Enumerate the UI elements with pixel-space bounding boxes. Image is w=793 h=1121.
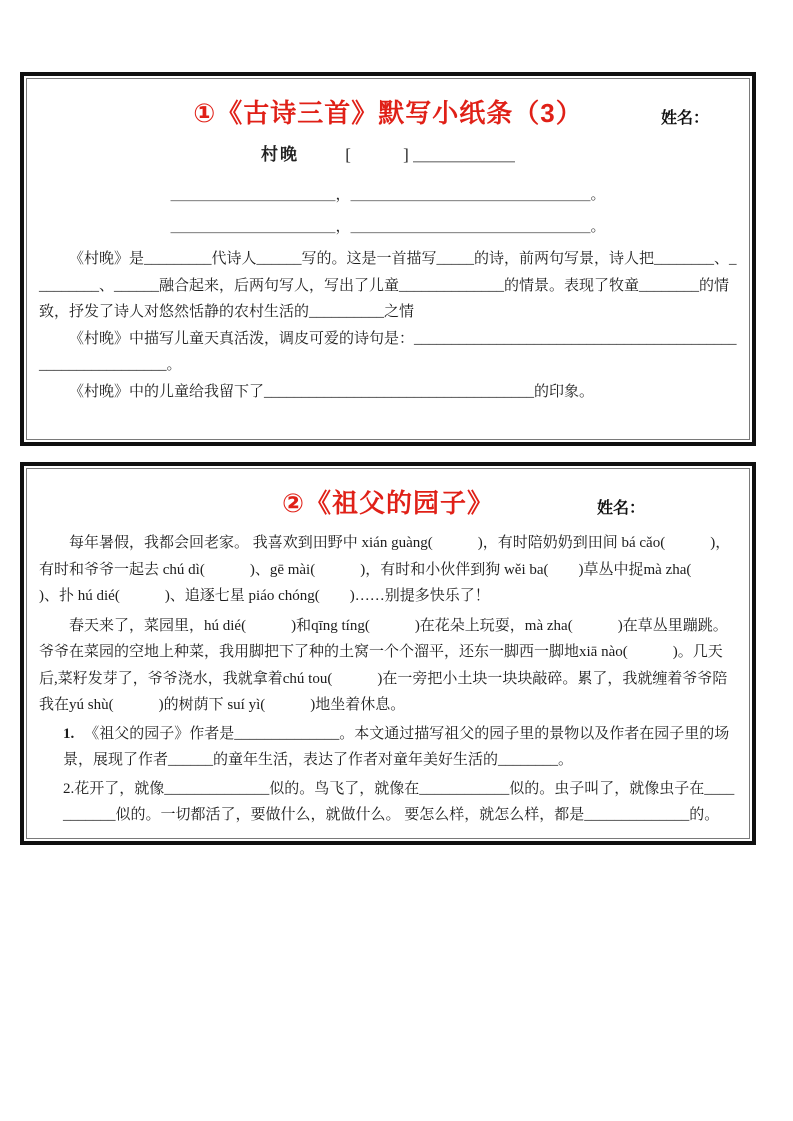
section1-title: ①《古诗三首》默写小纸条（3） bbox=[193, 93, 582, 130]
question-2-text: 花开了，就像______________似的。鸟飞了，就像在__________… bbox=[63, 781, 734, 824]
section-gushi-inner: ①《古诗三首》默写小纸条（3） 姓名： 村晚 [ ] ＿＿＿＿＿＿ ＿＿＿＿＿＿… bbox=[26, 78, 750, 440]
poem-blank-line-1: ＿＿＿＿＿＿＿＿＿＿＿，＿＿＿＿＿＿＿＿＿＿＿＿＿＿＿＿。 bbox=[39, 179, 737, 211]
section1-paragraph-intro: 《村晚》是_________代诗人______写的。这是一首描写_____的诗，… bbox=[39, 246, 737, 326]
section2-name-label: 姓名： bbox=[597, 495, 645, 518]
poem-dynasty-bracket-open: [ bbox=[345, 145, 351, 164]
section-zufu-inner: ②《祖父的园子》 姓名： 每年暑假，我都会回老家。 我喜欢到田野中 xián g… bbox=[26, 468, 750, 839]
section1-name-label: 姓名： bbox=[661, 105, 709, 128]
section-zufu-box: ②《祖父的园子》 姓名： 每年暑假，我都会回老家。 我喜欢到田野中 xián g… bbox=[20, 462, 756, 845]
poem-dynasty-bracket-close: ] bbox=[403, 145, 409, 164]
section-gushi-box: ①《古诗三首》默写小纸条（3） 姓名： 村晚 [ ] ＿＿＿＿＿＿ ＿＿＿＿＿＿… bbox=[20, 72, 756, 446]
section2-paragraph-pinyin-1: 每年暑假，我都会回老家。 我喜欢到田野中 xián guàng( )，有时陪奶奶… bbox=[39, 530, 737, 610]
poem-author-blank: ＿＿＿＿＿＿ bbox=[413, 145, 515, 164]
section2-paragraph-pinyin-2: 春天来了，菜园里，hú dié( )和qīng tíng( )在花朵上玩耍，mà… bbox=[39, 613, 737, 719]
section2-title: ②《祖父的园子》 bbox=[282, 483, 494, 520]
section1-paragraph-verse-question: 《村晚》中描写儿童天真活泼，调皮可爱的诗句是：_________________… bbox=[39, 326, 737, 379]
section1-header: ①《古诗三首》默写小纸条（3） 姓名： bbox=[39, 93, 737, 130]
question-1-number: 1. bbox=[63, 726, 74, 742]
poem-title: 村晚 bbox=[261, 145, 299, 164]
question-2-number: 2. bbox=[63, 781, 74, 797]
question-1-text: 《祖父的园子》作者是______________。本文通过描写祖父的园子里的景物… bbox=[63, 726, 729, 769]
worksheet-page: ①《古诗三首》默写小纸条（3） 姓名： 村晚 [ ] ＿＿＿＿＿＿ ＿＿＿＿＿＿… bbox=[0, 0, 793, 1121]
section2-header: ②《祖父的园子》 姓名： bbox=[39, 483, 737, 520]
poem-blank-line-2: ＿＿＿＿＿＿＿＿＿＿＿，＿＿＿＿＿＿＿＿＿＿＿＿＿＿＿＿。 bbox=[39, 211, 737, 243]
section2-question-1: 1.《祖父的园子》作者是______________。本文通过描写祖父的园子里的… bbox=[39, 721, 737, 774]
section2-question-2: 2.花开了，就像______________似的。鸟飞了，就像在________… bbox=[39, 776, 737, 829]
poem-title-row: 村晚 [ ] ＿＿＿＿＿＿ bbox=[39, 140, 737, 165]
section1-paragraph-impression-question: 《村晚》中的儿童给我留下了___________________________… bbox=[39, 379, 737, 406]
